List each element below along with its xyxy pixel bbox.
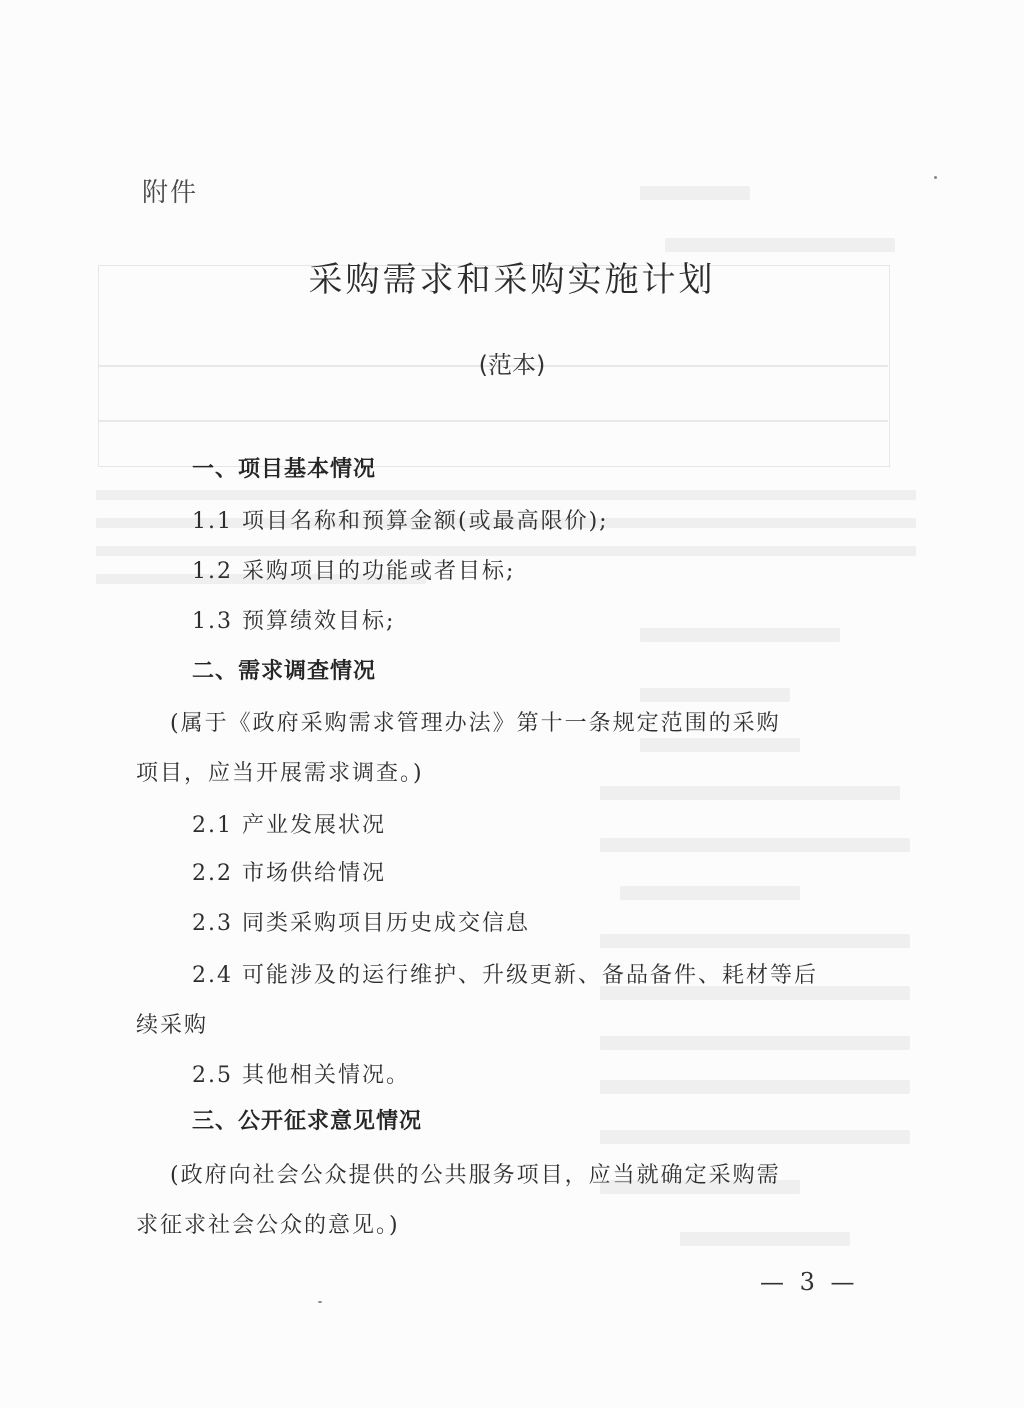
bleed-through-text [640,628,840,642]
document-title: 采购需求和采购实施计划 [0,252,1024,301]
list-item-continuation: 续采购 [136,1008,208,1039]
bleed-through-text [600,1080,910,1094]
list-item: 1.1 项目名称和预算金额(或最高限价); [192,504,609,535]
bleed-through-text [600,934,910,948]
document-page: 附件 采购需求和采购实施计划 (范本) 一、项目基本情况 1.1 项目名称和预算… [0,0,1024,1408]
bleed-through-text [640,186,750,200]
section-note: 项目，应当开展需求调查。) [136,756,424,787]
list-item: 1.2 采购项目的功能或者目标; [192,554,515,585]
section-note: (政府向社会公众提供的公共服务项目，应当就确定采购需 [170,1158,781,1189]
attachment-label: 附件 [142,172,198,209]
list-item: 2.1 产业发展状况 [192,808,386,839]
bleed-through-text [600,786,900,800]
list-item: 2.4 可能涉及的运行维护、升级更新、备品备件、耗材等后 [192,958,818,989]
list-item: 1.3 预算绩效目标; [192,604,395,635]
bleed-through-text [96,490,916,500]
bleed-through-text [620,886,800,900]
section-heading-basic-info: 一、项目基本情况 [192,452,376,483]
page-number: — 3 — [760,1268,859,1296]
bleed-through-text [600,838,910,852]
bleed-through-text [640,738,800,752]
section-heading-public-consultation: 三、公开征求意见情况 [192,1104,422,1135]
list-item: 2.5 其他相关情况。 [192,1058,410,1089]
bleed-through-text [665,238,895,252]
scan-speck [934,176,937,179]
list-item: 2.3 同类采购项目历史成交信息 [192,906,530,937]
bleed-through-rule [98,420,888,422]
bleed-through-text [640,688,790,702]
document-subtitle: (范本) [0,345,1024,380]
bleed-through-text [600,1036,910,1050]
section-note: 求征求社会公众的意见。) [136,1208,400,1239]
list-item: 2.2 市场供给情况 [192,856,386,887]
scan-speck [318,1301,322,1303]
section-note: (属于《政府采购需求管理办法》第十一条规定范围的采购 [170,706,781,737]
bleed-through-text [600,1130,910,1144]
section-heading-demand-survey: 二、需求调查情况 [192,654,376,685]
bleed-through-text [680,1232,850,1246]
